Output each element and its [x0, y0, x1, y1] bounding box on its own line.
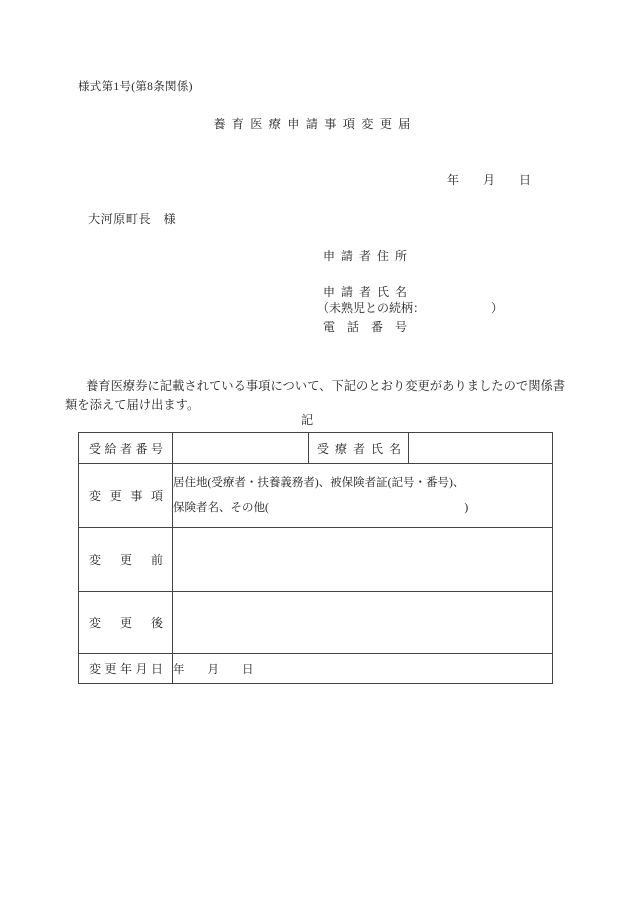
- section-mark: 記: [301, 412, 313, 428]
- form-page: 様式第1号(第8条関係) 養育医療申請事項変更届 年 月 日 大河原町長 様 申…: [0, 0, 630, 903]
- body-paragraph: 養育医療券に記載されている事項について、下記のとおり変更がありましたので関係書 …: [65, 377, 587, 416]
- date-line: 年 月 日: [447, 172, 531, 188]
- patient-name-label-cell: 受療者氏名: [309, 433, 409, 464]
- change-items-line1: 居住地(受療者・扶養義務者)、被保険者証(記号・番号)、: [173, 471, 552, 496]
- relation-note: （未熟児との続柄： ）: [317, 301, 503, 316]
- change-date-label: 変更年月日: [89, 660, 163, 677]
- applicant-name-label: 申請者氏名: [323, 284, 407, 300]
- table-row: 変更事項 居住地(受療者・扶養義務者)、被保険者証(記号・番号)、 保険者名、そ…: [79, 464, 553, 528]
- table-row: 変更前: [79, 528, 553, 592]
- recipient-number-value-cell: [173, 433, 309, 464]
- recipient-number-label: 受給者番号: [89, 440, 163, 457]
- change-date-value-cell: 年 月 日: [173, 654, 553, 684]
- document-title: 養育医療申請事項変更届: [0, 116, 630, 132]
- after-change-label-cell: 変更後: [79, 592, 173, 654]
- change-items-label-cell: 変更事項: [79, 464, 173, 528]
- change-items-content-cell: 居住地(受療者・扶養義務者)、被保険者証(記号・番号)、 保険者名、その他( ): [173, 464, 553, 528]
- before-change-label: 変更前: [89, 551, 163, 568]
- change-items-line2: 保険者名、その他( ): [173, 496, 552, 521]
- recipient-number-label-cell: 受給者番号: [79, 433, 173, 464]
- change-table: 受給者番号 受療者氏名 変更事項 居住地(受療者・扶養義務者)、被保険者証(記号…: [78, 432, 553, 684]
- before-change-value-cell: [173, 528, 553, 592]
- applicant-phone-label: 電話番号: [323, 319, 407, 335]
- patient-name-value-cell: [409, 433, 553, 464]
- table-row: 受給者番号 受療者氏名: [79, 433, 553, 464]
- after-change-label: 変更後: [89, 614, 163, 631]
- change-date-label-cell: 変更年月日: [79, 654, 173, 684]
- before-change-label-cell: 変更前: [79, 528, 173, 592]
- addressee: 大河原町長 様: [88, 211, 176, 227]
- applicant-address-label: 申請者住所: [323, 248, 407, 264]
- table-row: 変更年月日 年 月 日: [79, 654, 553, 684]
- patient-name-label: 受療者氏名: [317, 440, 401, 457]
- change-items-label: 変更事項: [89, 487, 163, 504]
- table-row: 変更後: [79, 592, 553, 654]
- form-number: 様式第1号(第8条関係): [78, 80, 193, 95]
- after-change-value-cell: [173, 592, 553, 654]
